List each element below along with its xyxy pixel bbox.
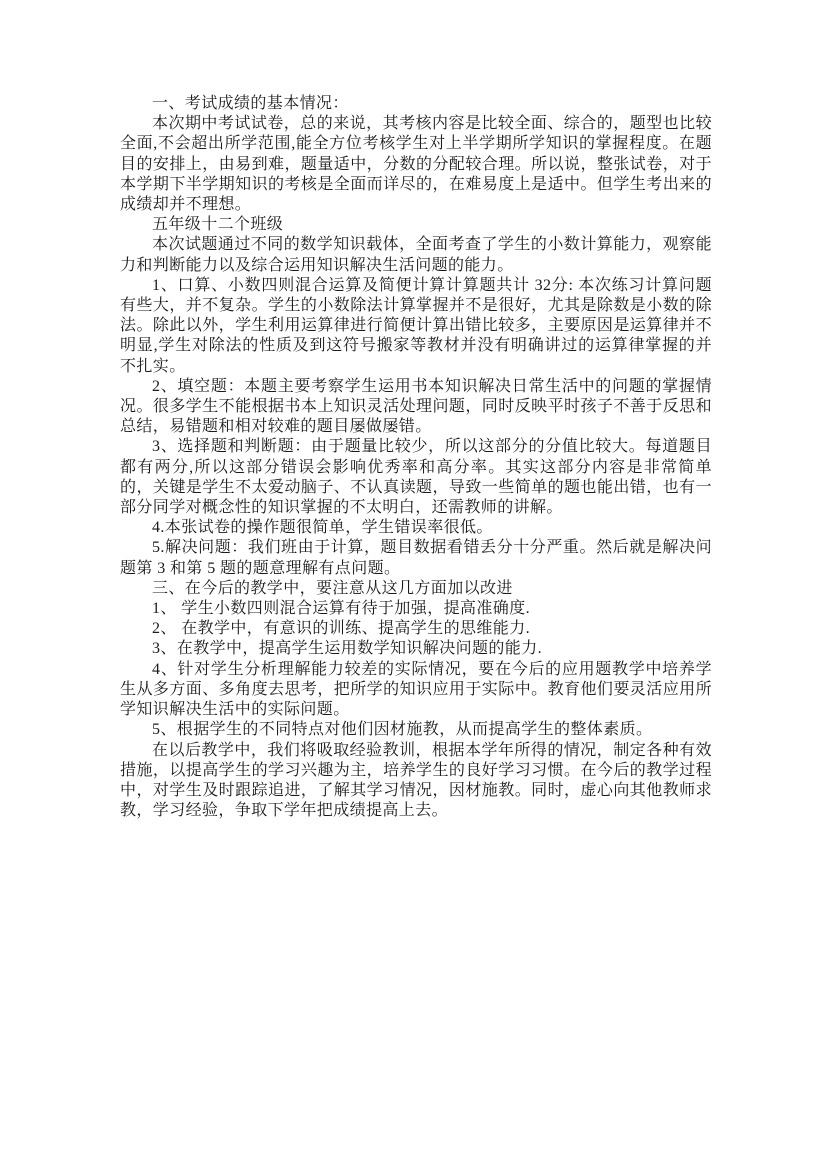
section-heading-3: 三、在今后的教学中，要注意从这几方面加以改进 bbox=[120, 579, 712, 599]
closing-paragraph: 在以后教学中，我们将吸取经验教训，根据本学年所得的情况，制定各种有效措施，以提高… bbox=[120, 741, 712, 822]
list-item-3: 3、选择题和判断题：由于题量比较少，所以这部分的分值比较大。每道题目都有两分,所… bbox=[120, 437, 712, 518]
document-text-block: 一、考试成绩的基本情况： 本次期中考试试卷，总的来说，其考核内容是比较全面、综合… bbox=[120, 94, 712, 821]
paragraph: 本次试题通过不同的数学知识载体，全面考查了学生的小数计算能力，观察能力和判断能力… bbox=[120, 235, 712, 275]
paragraph: 五年级十二个班级 bbox=[120, 215, 712, 235]
list-item-4: 4.本张试卷的操作题很简单，学生错误率很低。 bbox=[120, 518, 712, 538]
list-item-5: 5.解决问题：我们班由于计算，题目数据看错丢分十分严重。然后就是解决问题第 3 … bbox=[120, 538, 712, 578]
improvement-item-3: 3、在教学中，提高学生运用数学知识解决问题的能力. bbox=[120, 639, 712, 659]
list-item-2: 2、填空题：本题主要考察学生运用书本知识解决日常生活中的问题的掌握情况。很多学生… bbox=[120, 377, 712, 438]
improvement-item-5: 5、根据学生的不同特点对他们因材施教，从而提高学生的整体素质。 bbox=[120, 720, 712, 740]
improvement-item-1: 1、 学生小数四则混合运算有待于加强，提高准确度. bbox=[120, 599, 712, 619]
improvement-item-4: 4、针对学生分析理解能力较差的实际情况，要在今后的应用题教学中培养学生从多方面、… bbox=[120, 660, 712, 721]
list-item-1: 1、口算、小数四则混合运算及简便计算计算题共计 32分: 本次练习计算问题有些大… bbox=[120, 276, 712, 377]
improvement-item-2: 2、 在教学中，有意识的训练、提高学生的思维能力. bbox=[120, 619, 712, 639]
section-heading-1: 一、考试成绩的基本情况： bbox=[120, 94, 712, 114]
paragraph: 本次期中考试试卷，总的来说，其考核内容是比较全面、综合的，题型也比较全面,不会超… bbox=[120, 114, 712, 215]
document-page: 一、考试成绩的基本情况： 本次期中考试试卷，总的来说，其考核内容是比较全面、综合… bbox=[0, 0, 827, 1170]
